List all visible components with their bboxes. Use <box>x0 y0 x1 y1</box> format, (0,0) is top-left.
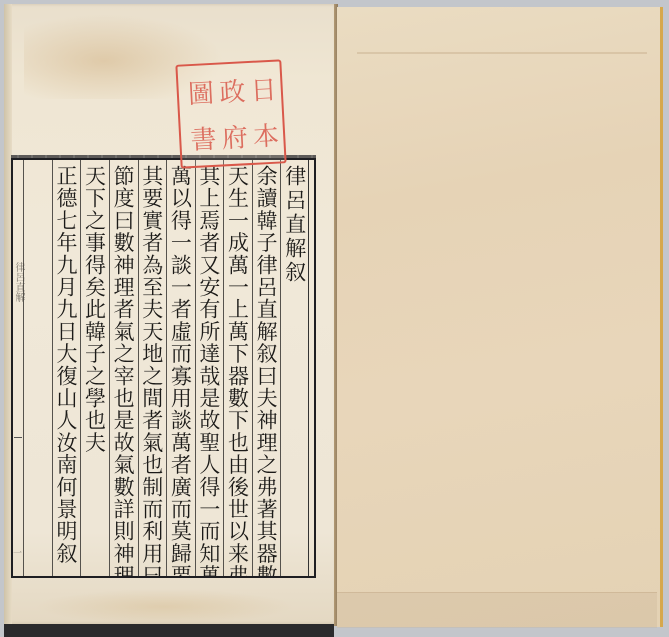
seal-char: 書 <box>184 115 218 163</box>
book-spread: 律呂直解叙 余讀韓子律呂直解叙曰夫神理之弗著其器數之亡乎 天生一成萬一上萬下器數… <box>0 0 669 637</box>
seal-char: 日 <box>244 66 278 114</box>
right-page-blank <box>337 7 663 627</box>
text-column: 余讀韓子律呂直解叙曰夫神理之弗著其器數之亡乎 <box>252 162 281 576</box>
seal-char: 府 <box>215 113 249 161</box>
fold-page-number: 一 <box>13 548 23 557</box>
paper-fold-band <box>337 592 657 628</box>
preface-title: 律呂直解叙 <box>280 162 309 576</box>
seal-char: 政 <box>213 67 247 115</box>
book-shadow <box>4 624 334 637</box>
text-column: 其要實者為至夫天地之間者氣也制而利用曰器生之 <box>137 162 166 576</box>
seal-char: 圖 <box>182 69 216 117</box>
text-column: 其上焉者又安有所達哉是故聖人得一而知萬智者知 <box>195 162 224 576</box>
text-column: 萬以得一談一者虛而寡用談萬者廣而莫歸要之以知 <box>166 162 195 576</box>
text-column: 天下之事得矣此韓子之學也夫 <box>80 162 109 576</box>
red-seal-stamp: 圖 政 日 書 府 本 <box>175 59 286 168</box>
water-stain-bottom <box>34 589 294 624</box>
printed-text-frame: 律呂直解叙 余讀韓子律呂直解叙曰夫神理之弗著其器數之亡乎 天生一成萬一上萬下器數… <box>11 158 316 578</box>
fold-line <box>23 160 24 576</box>
text-column: 天生一成萬一上萬下器數下也由後世以来弗之詳矣 <box>223 162 252 576</box>
text-column: 節度曰數神理者氣之宰也是故氣數詳則神理日明而 <box>109 162 138 576</box>
seal-char: 本 <box>247 112 281 160</box>
text-columns: 律呂直解叙 余讀韓子律呂直解叙曰夫神理之弗著其器數之亡乎 天生一成萬一上萬下器數… <box>51 162 309 576</box>
fold-title: 律呂直解 <box>13 262 23 302</box>
signature-column: 正德七年九月九日大復山人汝南何景明叙 <box>52 162 81 576</box>
paper-crease <box>357 52 647 54</box>
fold-mark <box>14 437 22 438</box>
